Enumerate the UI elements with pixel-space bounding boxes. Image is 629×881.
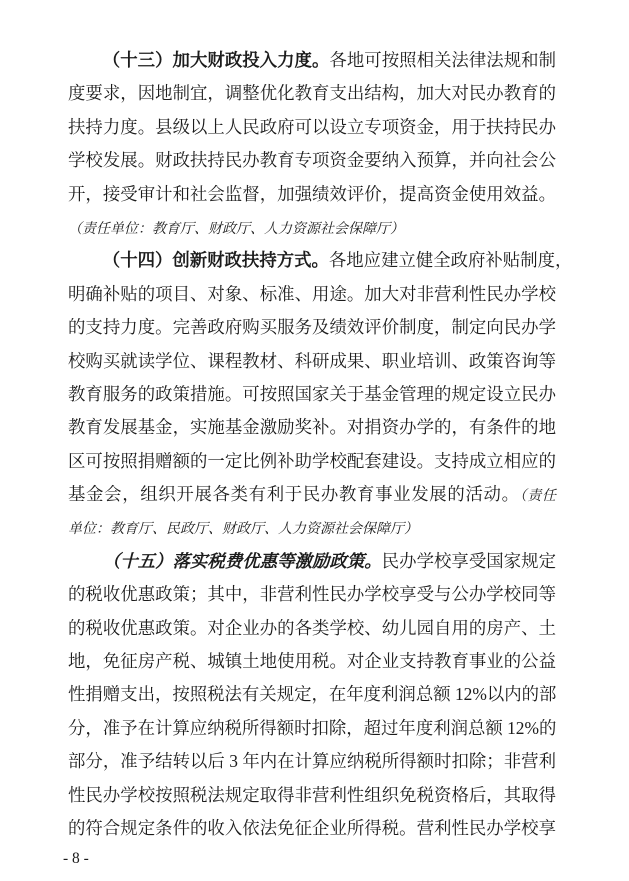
text-segment-kai: （责任	[520, 489, 556, 504]
text-line: （十四）创新财政扶持方式。各地应建立健全政府补贴制度，	[68, 244, 556, 277]
text-segment: 开，接受审计和社会监督，加强绩效评价，提高资金使用效益。	[68, 184, 556, 204]
text-segment: 的支持力度。完善政府购买服务及绩效评价制度，制定向民办学	[68, 317, 556, 337]
text-line: 的符合规定条件的收入依法免征企业所得税。营利性民办学校享	[68, 812, 556, 845]
text-segment-bold: （十四）创新财政扶持方式。	[103, 250, 329, 270]
document-body: （十三）加大财政投入力度。各地可按照相关法律法规和制度要求，因地制宜，调整优化教…	[68, 44, 556, 845]
text-line: 的税收优惠政策。对企业办的各类学校、幼儿园自用的房产、土	[68, 612, 556, 645]
text-segment: 的税收优惠政策。对企业办的各类学校、幼儿园自用的房产、土	[68, 618, 556, 638]
text-line: 校购买就读学位、课程教材、科研成果、职业培训、政策咨询等	[68, 345, 556, 378]
text-segment: 明确补贴的项目、对象、标准、用途。加大对非营利性民办学校	[68, 284, 556, 304]
text-segment: 区可按照捐赠额的一定比例补助学校配套建设。支持成立相应的	[68, 451, 556, 471]
text-line: 开，接受审计和社会监督，加强绩效评价，提高资金使用效益。	[68, 178, 556, 211]
text-line: 学校发展。财政扶持民办教育专项资金要纳入预算，并向社会公	[68, 144, 556, 177]
text-segment: 的符合规定条件的收入依法免征企业所得税。营利性民办学校享	[68, 818, 556, 838]
text-line: 的支持力度。完善政府购买服务及绩效评价制度，制定向民办学	[68, 311, 556, 344]
text-segment: 性民办学校按照税法规定取得非营利性组织免税资格后，其取得	[68, 785, 556, 805]
text-line: 教育发展基金，实施基金激励奖补。对捐资办学的，有条件的地	[68, 411, 556, 444]
text-segment: 各地可按照相关法律法规和制	[329, 50, 556, 70]
text-segment: 部分，准予结转以后 3 年内在计算应纳税所得额时扣除；非营利	[68, 751, 556, 771]
text-segment: 性捐赠支出，按照税法有关规定，在年度利润总额 12%以内的部	[68, 684, 556, 704]
text-segment-kai: 单位：教育厅、民政厅、财政厅、人力资源社会保障厅）	[68, 522, 418, 537]
text-line: 扶持力度。县级以上人民政府可以设立专项资金，用于扶持民办	[68, 111, 556, 144]
text-segment-boldkai: （十五）落实税费优惠等激励政策。	[103, 551, 382, 571]
text-line: 地，免征房产税、城镇土地使用税。对企业支持教育事业的公益	[68, 645, 556, 678]
text-line: 度要求，因地制宜，调整优化教育支出结构，加大对民办教育的	[68, 77, 556, 110]
text-line: 的税收优惠政策；其中，非营利性民办学校享受与公办学校同等	[68, 578, 556, 611]
text-line: 区可按照捐赠额的一定比例补助学校配套建设。支持成立相应的	[68, 445, 556, 478]
text-line: 部分，准予结转以后 3 年内在计算应纳税所得额时扣除；非营利	[68, 745, 556, 778]
text-segment: 校购买就读学位、课程教材、科研成果、职业培训、政策咨询等	[68, 351, 556, 371]
text-segment: 扶持力度。县级以上人民政府可以设立专项资金，用于扶持民办	[68, 117, 556, 137]
text-line: 性捐赠支出，按照税法有关规定，在年度利润总额 12%以内的部	[68, 678, 556, 711]
text-line: 明确补贴的项目、对象、标准、用途。加大对非营利性民办学校	[68, 278, 556, 311]
text-line: 性民办学校按照税法规定取得非营利性组织免税资格后，其取得	[68, 779, 556, 812]
text-line: （十三）加大财政投入力度。各地可按照相关法律法规和制	[68, 44, 556, 77]
text-segment: 教育发展基金，实施基金激励奖补。对捐资办学的，有条件的地	[68, 417, 556, 437]
text-line: （十五）落实税费优惠等激励政策。民办学校享受国家规定	[68, 545, 556, 578]
text-segment: 度要求，因地制宜，调整优化教育支出结构，加大对民办教育的	[68, 83, 556, 103]
text-line: 分，准予在计算应纳税所得额时扣除，超过年度利润总额 12%的	[68, 712, 556, 745]
text-segment: 基金会，组织开展各类有利于民办教育事业发展的活动。	[68, 484, 520, 504]
text-segment: 教育服务的政策措施。可按照国家关于基金管理的规定设立民办	[68, 384, 556, 404]
text-segment: 分，准予在计算应纳税所得额时扣除，超过年度利润总额 12%的	[68, 718, 556, 738]
text-line: （责任单位：教育厅、财政厅、人力资源社会保障厅）	[68, 211, 556, 244]
text-segment: 的税收优惠政策；其中，非营利性民办学校享受与公办学校同等	[68, 584, 556, 604]
text-segment: 民办学校享受国家规定	[382, 551, 556, 571]
text-segment-kai: （责任单位：教育厅、财政厅、人力资源社会保障厅）	[68, 222, 404, 237]
text-line: 教育服务的政策措施。可按照国家关于基金管理的规定设立民办	[68, 378, 556, 411]
page-number: - 8 -	[63, 849, 89, 869]
text-segment-bold: （十三）加大财政投入力度。	[103, 50, 330, 70]
text-segment: 学校发展。财政扶持民办教育专项资金要纳入预算，并向社会公	[68, 150, 556, 170]
text-line: 基金会，组织开展各类有利于民办教育事业发展的活动。（责任	[68, 478, 556, 511]
text-segment: 地，免征房产税、城镇土地使用税。对企业支持教育事业的公益	[68, 651, 556, 671]
text-line: 单位：教育厅、民政厅、财政厅、人力资源社会保障厅）	[68, 511, 556, 544]
document-page: （十三）加大财政投入力度。各地可按照相关法律法规和制度要求，因地制宜，调整优化教…	[0, 0, 629, 881]
text-segment: 各地应建立健全政府补贴制度，	[329, 250, 572, 270]
